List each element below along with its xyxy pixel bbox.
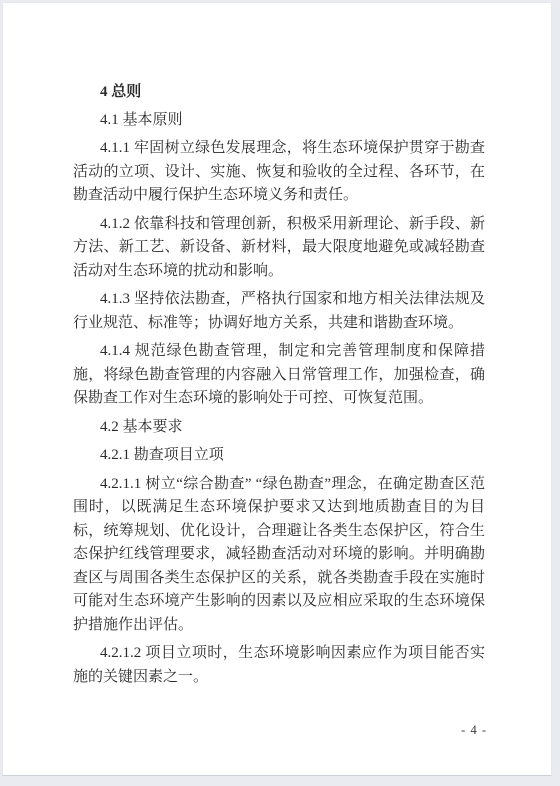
paragraph: 4.2.1.1 树立“综合勘查” “绿色勘查”理念，在确定勘查区范围时，以既满足… (73, 473, 485, 638)
paragraph: 4.1.1 牢固树立绿色发展理念，将生态环境保护贯穿于勘查活动的立项、设计、实施… (73, 137, 485, 208)
paragraph: 4.2.1.2 项目立项时，生态环境影响因素应作为项目能否实施的关键因素之一。 (73, 642, 485, 689)
document-page: 4 总则4.1 基本原则4.1.1 牢固树立绿色发展理念，将生态环境保护贯穿于勘… (2, 2, 552, 776)
paragraph: 4.1.2 依靠科技和管理创新，积极采用新理论、新手段、新方法、新工艺、新设备、… (73, 213, 485, 284)
page-number: - 4 - (461, 723, 487, 738)
document-body: 4 总则4.1 基本原则4.1.1 牢固树立绿色发展理念，将生态环境保护贯穿于勘… (73, 81, 485, 694)
paragraph: 4.2 基本要求 (73, 416, 485, 440)
paragraph: 4.1.4 规范绿色勘查管理，制定和完善管理制度和保障措施，将绿色勘查管理的内容… (73, 340, 485, 411)
paragraph: 4.2.1 勘查项目立项 (73, 444, 485, 468)
paragraph: 4.1.3 坚持依法勘查，严格执行国家和地方相关法律法规及行业规范、标准等；协调… (73, 288, 485, 335)
section-heading: 4 总则 (73, 81, 485, 105)
paragraph: 4.1 基本原则 (73, 109, 485, 133)
